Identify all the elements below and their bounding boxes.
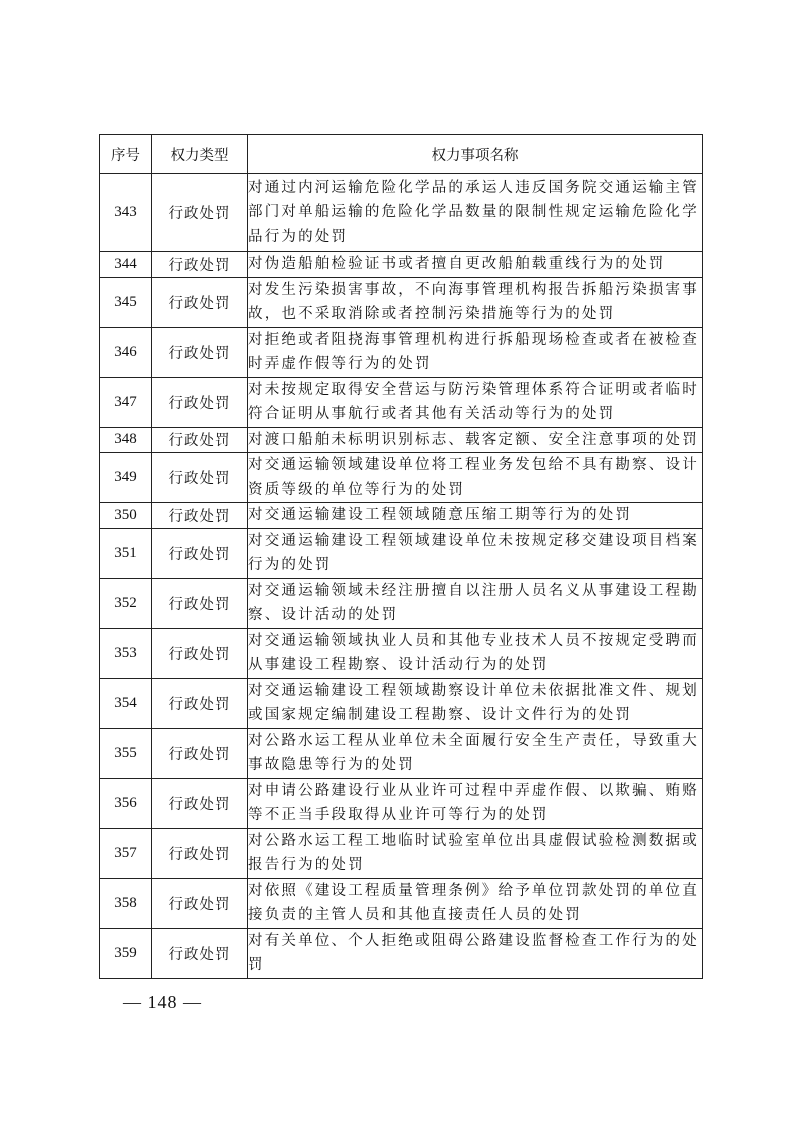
row-power-item-name: 对拒绝或者阻挠海事管理机构进行拆船现场检查或者在被检查时弄虚作假等行为的处罚: [248, 327, 703, 377]
row-power-type: 行政处罚: [152, 377, 248, 427]
row-serial-number: 356: [100, 778, 152, 828]
table-row: 354行政处罚对交通运输建设工程领域勘察设计单位未依据批准文件、规划或国家规定编…: [100, 678, 703, 728]
row-serial-number: 344: [100, 252, 152, 278]
row-serial-number: 345: [100, 277, 152, 327]
row-power-item-name: 对发生污染损害事故，不向海事管理机构报告拆船污染损害事故，也不采取消除或者控制污…: [248, 277, 703, 327]
row-serial-number: 358: [100, 878, 152, 928]
row-serial-number: 348: [100, 427, 152, 453]
row-power-item-name: 对公路水运工程工地临时试验室单位出具虚假试验检测数据或报告行为的处罚: [248, 828, 703, 878]
row-power-type: 行政处罚: [152, 503, 248, 529]
row-power-item-name: 对交通运输领域建设单位将工程业务发包给不具有勘察、设计资质等级的单位等行为的处罚: [248, 453, 703, 503]
row-power-item-name: 对伪造船舶检验证书或者擅自更改船舶载重线行为的处罚: [248, 252, 703, 278]
header-power-type: 权力类型: [152, 135, 248, 174]
table-row: 344行政处罚对伪造船舶检验证书或者擅自更改船舶载重线行为的处罚: [100, 252, 703, 278]
row-power-item-name: 对交通运输建设工程领域勘察设计单位未依据批准文件、规划或国家规定编制建设工程勘察…: [248, 678, 703, 728]
row-power-item-name: 对未按规定取得安全营运与防污染管理体系符合证明或者临时符合证明从事航行或者其他有…: [248, 377, 703, 427]
table-row: 347行政处罚对未按规定取得安全营运与防污染管理体系符合证明或者临时符合证明从事…: [100, 377, 703, 427]
row-power-item-name: 对申请公路建设行业从业许可过程中弄虚作假、以欺骗、贿赂等不正当手段取得从业许可等…: [248, 778, 703, 828]
table-row: 345行政处罚对发生污染损害事故，不向海事管理机构报告拆船污染损害事故，也不采取…: [100, 277, 703, 327]
row-power-item-name: 对交通运输建设工程领域随意压缩工期等行为的处罚: [248, 503, 703, 529]
row-power-type: 行政处罚: [152, 928, 248, 978]
row-power-type: 行政处罚: [152, 327, 248, 377]
row-power-item-name: 对依照《建设工程质量管理条例》给予单位罚款处罚的单位直接负责的主管人员和其他直接…: [248, 878, 703, 928]
row-power-type: 行政处罚: [152, 878, 248, 928]
table-header-row: 序号 权力类型 权力事项名称: [100, 135, 703, 174]
row-power-type: 行政处罚: [152, 277, 248, 327]
table-row: 343行政处罚对通过内河运输危险化学品的承运人违反国务院交通运输主管部门对单船运…: [100, 174, 703, 252]
row-power-type: 行政处罚: [152, 252, 248, 278]
row-power-type: 行政处罚: [152, 728, 248, 778]
row-serial-number: 357: [100, 828, 152, 878]
row-serial-number: 359: [100, 928, 152, 978]
row-serial-number: 352: [100, 578, 152, 628]
row-power-item-name: 对渡口船舶未标明识别标志、载客定额、安全注意事项的处罚: [248, 427, 703, 453]
row-serial-number: 354: [100, 678, 152, 728]
table-row: 352行政处罚对交通运输领域未经注册擅自以注册人员名义从事建设工程勘察、设计活动…: [100, 578, 703, 628]
table-row: 358行政处罚对依照《建设工程质量管理条例》给予单位罚款处罚的单位直接负责的主管…: [100, 878, 703, 928]
row-serial-number: 349: [100, 453, 152, 503]
row-power-item-name: 对公路水运工程从业单位未全面履行安全生产责任，导致重大事故隐患等行为的处罚: [248, 728, 703, 778]
table-row: 355行政处罚对公路水运工程从业单位未全面履行安全生产责任，导致重大事故隐患等行…: [100, 728, 703, 778]
row-power-item-name: 对通过内河运输危险化学品的承运人违反国务院交通运输主管部门对单船运输的危险化学品…: [248, 174, 703, 252]
row-power-item-name: 对交通运输领域未经注册擅自以注册人员名义从事建设工程勘察、设计活动的处罚: [248, 578, 703, 628]
power-items-table: 序号 权力类型 权力事项名称 343行政处罚对通过内河运输危险化学品的承运人违反…: [99, 134, 703, 979]
page-number: — 148 —: [123, 992, 202, 1013]
table-row: 357行政处罚对公路水运工程工地临时试验室单位出具虚假试验检测数据或报告行为的处…: [100, 828, 703, 878]
table-row: 351行政处罚对交通运输建设工程领域建设单位未按规定移交建设项目档案行为的处罚: [100, 528, 703, 578]
row-power-type: 行政处罚: [152, 528, 248, 578]
table-row: 349行政处罚对交通运输领域建设单位将工程业务发包给不具有勘察、设计资质等级的单…: [100, 453, 703, 503]
row-serial-number: 350: [100, 503, 152, 529]
row-serial-number: 347: [100, 377, 152, 427]
table-row: 353行政处罚对交通运输领域执业人员和其他专业技术人员不按规定受聘而从事建设工程…: [100, 628, 703, 678]
table-row: 359行政处罚对有关单位、个人拒绝或阻碍公路建设监督检查工作行为的处罚: [100, 928, 703, 978]
row-serial-number: 343: [100, 174, 152, 252]
row-serial-number: 355: [100, 728, 152, 778]
row-power-type: 行政处罚: [152, 778, 248, 828]
row-power-type: 行政处罚: [152, 453, 248, 503]
row-power-type: 行政处罚: [152, 678, 248, 728]
row-power-type: 行政处罚: [152, 628, 248, 678]
header-power-item-name: 权力事项名称: [248, 135, 703, 174]
row-serial-number: 346: [100, 327, 152, 377]
table-row: 348行政处罚对渡口船舶未标明识别标志、载客定额、安全注意事项的处罚: [100, 427, 703, 453]
row-power-item-name: 对交通运输领域执业人员和其他专业技术人员不按规定受聘而从事建设工程勘察、设计活动…: [248, 628, 703, 678]
table-row: 350行政处罚对交通运输建设工程领域随意压缩工期等行为的处罚: [100, 503, 703, 529]
header-serial-number: 序号: [100, 135, 152, 174]
row-serial-number: 351: [100, 528, 152, 578]
row-power-type: 行政处罚: [152, 578, 248, 628]
row-power-type: 行政处罚: [152, 828, 248, 878]
row-power-item-name: 对交通运输建设工程领域建设单位未按规定移交建设项目档案行为的处罚: [248, 528, 703, 578]
row-serial-number: 353: [100, 628, 152, 678]
table-row: 346行政处罚对拒绝或者阻挠海事管理机构进行拆船现场检查或者在被检查时弄虚作假等…: [100, 327, 703, 377]
row-power-type: 行政处罚: [152, 427, 248, 453]
table-row: 356行政处罚对申请公路建设行业从业许可过程中弄虚作假、以欺骗、贿赂等不正当手段…: [100, 778, 703, 828]
row-power-item-name: 对有关单位、个人拒绝或阻碍公路建设监督检查工作行为的处罚: [248, 928, 703, 978]
row-power-type: 行政处罚: [152, 174, 248, 252]
